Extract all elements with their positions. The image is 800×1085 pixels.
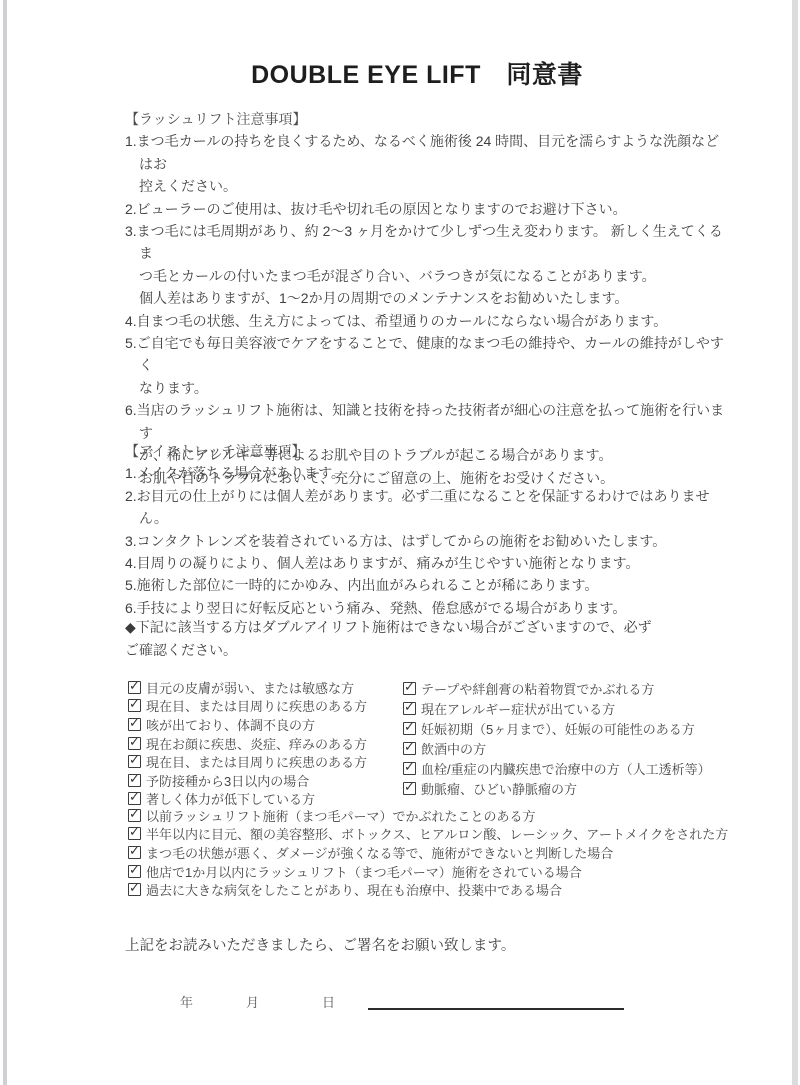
checklist-item-label: 現在お顔に疾患、炎症、痒みのある方	[146, 734, 367, 753]
checklist-item: ✓ 現在アレルギー症状が出ている方	[403, 698, 711, 718]
check-icon: ✓	[129, 679, 140, 692]
checklist-item: ✓ 現在お顔に疾患、炎症、痒みのある方	[128, 734, 367, 753]
checklist-left-column: ✓ 目元の皮膚が弱い、または敏感な方 ✓ 現在目、または目周りに疾患のある方 ✓…	[128, 678, 367, 808]
checklist-item-label: 咳が出ており、体調不良の方	[146, 715, 315, 734]
notice-item: 3.まつ毛には毛周期があり、約 2～3 ヶ月をかけて少しずつ生え変わります。 新…	[125, 220, 725, 310]
checklist-item-label: 飲酒中の方	[421, 739, 486, 758]
check-icon: ✓	[404, 740, 415, 753]
check-icon: ✓	[404, 680, 415, 693]
checklist-item-label: テープや絆創膏の粘着物質でかぶれる方	[421, 679, 654, 698]
checklist-item-label: 過去に大きな病気をしたことがあり、現在も治療中、投薬中である場合	[146, 880, 562, 899]
checkbox-checked-icon: ✓	[128, 883, 141, 896]
checkbox-checked-icon: ✓	[128, 681, 141, 694]
checklist-item: ✓ 目元の皮膚が弱い、または敏感な方	[128, 678, 367, 697]
checkbox-checked-icon: ✓	[128, 699, 141, 712]
checkbox-checked-icon: ✓	[128, 718, 141, 731]
notice-item: 4.目周りの凝りにより、個人差はありますが、痛みが生じやすい施術となります。	[125, 552, 725, 574]
check-icon: ✓	[129, 825, 140, 838]
checkbox-checked-icon: ✓	[403, 702, 416, 715]
checkbox-checked-icon: ✓	[128, 846, 141, 859]
checkbox-checked-icon: ✓	[128, 827, 141, 840]
checklist-item: ✓ 半年以内に目元、額の美容整形、ボトックス、ヒアルロン酸、レーシック、アートメ…	[128, 825, 728, 844]
checklist-item-label: 動脈瘤、ひどい静脈瘤の方	[421, 779, 577, 798]
check-icon: ✓	[404, 720, 415, 733]
checkbox-checked-icon: ✓	[128, 737, 141, 750]
checkbox-checked-icon: ✓	[128, 809, 141, 822]
checklist-item-label: 予防接種から3日以内の場合	[146, 771, 309, 790]
checklist-item: ✓ 血栓/重症の内臓疾患で治療中の方（人工透析等）	[403, 758, 711, 778]
checklist-item: ✓ 現在目、または目周りに疾患のある方	[128, 697, 367, 716]
checklist-full-width: ✓ 以前ラッシュリフト施術（まつ毛パーマ）でかぶれたことのある方 ✓ 半年以内に…	[128, 806, 728, 899]
checklist-item-label: 現在アレルギー症状が出ている方	[421, 699, 615, 718]
checkbox-checked-icon: ✓	[403, 742, 416, 755]
photo-edge-right	[792, 0, 798, 1085]
checklist-item: ✓ 現在目、または目周りに疾患のある方	[128, 752, 367, 771]
checklist-item: ✓ テープや絆創膏の粘着物質でかぶれる方	[403, 678, 711, 698]
checkbox-checked-icon: ✓	[403, 722, 416, 735]
checklist-item-label: 血栓/重症の内臓疾患で治療中の方（人工透析等）	[421, 759, 711, 778]
check-icon: ✓	[129, 716, 140, 729]
check-icon: ✓	[404, 780, 415, 793]
check-icon: ✓	[129, 697, 140, 710]
photo-edge-left	[3, 0, 7, 1085]
document-page: DOUBLE EYE LIFT 同意書 【ラッシュリフト注意事項】 1.まつ毛カ…	[0, 0, 800, 1085]
section-eye-stretch: 【アイストレッチ注意事項】 1.メイクが落ちる場合があります。 2.お目元の仕上…	[125, 440, 725, 619]
checkbox-checked-icon: ✓	[128, 792, 141, 805]
checklist-item: ✓ 動脈瘤、ひどい静脈瘤の方	[403, 778, 711, 798]
checkbox-checked-icon: ✓	[128, 865, 141, 878]
notice-item: 5.施術した部位に一時的にかゆみ、内出血がみられることが稀にあります。	[125, 574, 725, 596]
checkbox-checked-icon: ✓	[403, 762, 416, 775]
checklist-item-label: 現在目、または目周りに疾患のある方	[146, 696, 367, 715]
signature-prompt: 上記をお読みいただきましたら、ご署名をお願い致します。	[125, 934, 515, 955]
checklist-item: ✓ 以前ラッシュリフト施術（まつ毛パーマ）でかぶれたことのある方	[128, 806, 728, 825]
checklist-right-column: ✓ テープや絆創膏の粘着物質でかぶれる方 ✓ 現在アレルギー症状が出ている方 ✓…	[403, 678, 711, 798]
notice-item: 4.自まつ毛の状態、生え方によっては、希望通りのカールにならない場合があります。	[125, 310, 725, 332]
checklist-item: ✓ 予防接種から3日以内の場合	[128, 771, 367, 790]
contraindication-notice: ◆下記に該当する方はダブルアイリフト施術はできない場合がございますので、必ず ご…	[125, 616, 725, 662]
checklist-item-label: 妊娠初期（5ヶ月まで）、妊娠の可能性のある方	[421, 719, 695, 738]
check-icon: ✓	[129, 863, 140, 876]
check-icon: ✓	[129, 807, 140, 820]
notice-item: 1.メイクが落ちる場合があります。	[125, 462, 725, 484]
checkbox-checked-icon: ✓	[403, 782, 416, 795]
checklist-item-label: まつ毛の状態が悪く、ダメージが強くなる等で、施術ができないと判断した場合	[146, 843, 613, 862]
checkbox-checked-icon: ✓	[403, 682, 416, 695]
signature-line	[368, 1008, 624, 1010]
check-icon: ✓	[129, 735, 140, 748]
notice-item: 3.コンタクトレンズを装着されている方は、はずしてからの施術をお勧めいたします。	[125, 530, 725, 552]
check-icon: ✓	[129, 790, 140, 803]
checklist-item-label: 目元の皮膚が弱い、または敏感な方	[146, 678, 354, 697]
checklist-item-label: 他店で1か月以内にラッシュリフト（まつ毛パーマ）施術をされている場合	[146, 862, 582, 881]
checklist-item: ✓ 咳が出ており、体調不良の方	[128, 715, 367, 734]
checklist-item: ✓ 妊娠初期（5ヶ月まで）、妊娠の可能性のある方	[403, 718, 711, 738]
check-icon: ✓	[404, 760, 415, 773]
notice-item: 2.お目元の仕上がりには個人差があります。必ず二重になることを保証するわけではあ…	[125, 485, 725, 530]
section-heading: 【アイストレッチ注意事項】	[125, 440, 725, 462]
checklist-item: ✓ 飲酒中の方	[403, 738, 711, 758]
section-lash-lift: 【ラッシュリフト注意事項】 1.まつ毛カールの持ちを良くするため、なるべく施術後…	[125, 108, 725, 489]
section-heading: 【ラッシュリフト注意事項】	[125, 108, 725, 130]
checklist-item-label: 半年以内に目元、額の美容整形、ボトックス、ヒアルロン酸、レーシック、アートメイク…	[146, 824, 728, 843]
check-icon: ✓	[404, 700, 415, 713]
checklist-item: ✓ 他店で1か月以内にラッシュリフト（まつ毛パーマ）施術をされている場合	[128, 862, 728, 881]
month-label: 月	[246, 992, 259, 1011]
check-icon: ✓	[129, 753, 140, 766]
checklist-item-label: 以前ラッシュリフト施術（まつ毛パーマ）でかぶれたことのある方	[146, 806, 535, 825]
checkbox-checked-icon: ✓	[128, 755, 141, 768]
check-icon: ✓	[129, 844, 140, 857]
day-label: 日	[322, 992, 335, 1011]
check-icon: ✓	[129, 772, 140, 785]
checklist-item: ✓ まつ毛の状態が悪く、ダメージが強くなる等で、施術ができないと判断した場合	[128, 843, 728, 862]
year-label: 年	[180, 992, 193, 1011]
notice-item: 1.まつ毛カールの持ちを良くするため、なるべく施術後 24 時間、目元を濡らすよ…	[125, 130, 725, 197]
checklist-item: ✓ 過去に大きな病気をしたことがあり、現在も治療中、投薬中である場合	[128, 880, 728, 899]
notice-item: 2.ビューラーのご使用は、抜け毛や切れ毛の原因となりますのでお避け下さい。	[125, 198, 725, 220]
checklist-item-label: 現在目、または目周りに疾患のある方	[146, 752, 367, 771]
notice-item: 5.ご自宅でも毎日美容液でケアをすることで、健康的なまつ毛の維持や、カールの維持…	[125, 332, 725, 399]
checkbox-checked-icon: ✓	[128, 774, 141, 787]
check-icon: ✓	[129, 881, 140, 894]
document-title: DOUBLE EYE LIFT 同意書	[0, 55, 800, 91]
